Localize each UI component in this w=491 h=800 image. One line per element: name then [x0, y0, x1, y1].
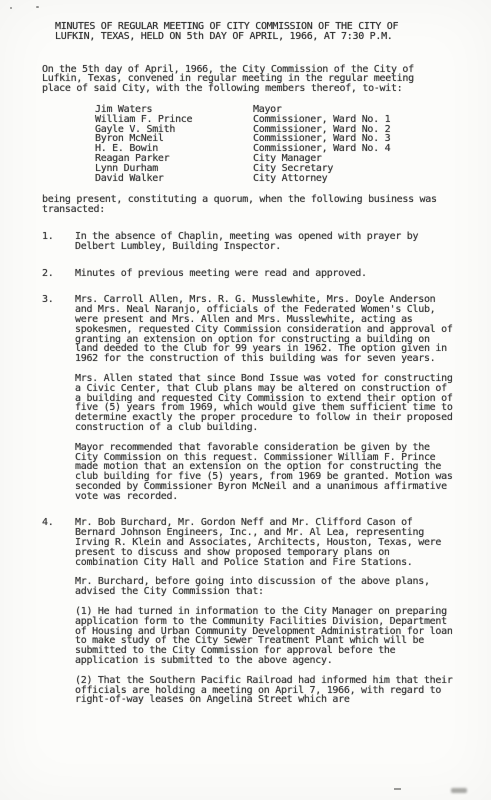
item-paragraph: Mr. Bob Burchard, Mr. Gordon Neff and Mr…: [75, 518, 453, 567]
quorum-paragraph: being present, constituting a quorum, wh…: [42, 195, 446, 215]
official-title: City Attorney: [253, 174, 327, 184]
item-number: 4.: [42, 518, 75, 705]
intro-paragraph: On the 5th day of April, 1966, the City …: [42, 65, 446, 94]
item-number: 1.: [42, 232, 75, 252]
agenda-item-4: 4. Mr. Bob Burchard, Mr. Gordon Neff and…: [42, 518, 457, 705]
agenda-item-1: 1. In the absence of Chaplin, meeting wa…: [42, 232, 457, 252]
scanned-document-page: MINUTES OF REGULAR MEETING OF CITY COMMI…: [0, 0, 491, 800]
item-paragraph: Mayor recommended that favorable conside…: [75, 443, 453, 502]
item-number: 2.: [42, 269, 75, 279]
official-name: David Walker: [95, 174, 253, 184]
scan-mark: [394, 788, 401, 790]
item-paragraph: (1) He had turned in information to the …: [75, 607, 453, 666]
agenda-item-3: 3. Mrs. Carroll Allen, Mrs. R. G. Mussle…: [42, 295, 457, 501]
item-paragraph: Mr. Burchard, before going into discussi…: [75, 577, 453, 597]
document-title: MINUTES OF REGULAR MEETING OF CITY COMMI…: [55, 22, 457, 42]
item-body: Minutes of previous meeting were read an…: [75, 269, 457, 279]
item-body: Mr. Bob Burchard, Mr. Gordon Neff and Mr…: [75, 518, 457, 705]
item-paragraph: In the absence of Chaplin, meeting was o…: [75, 232, 453, 252]
document-content: MINUTES OF REGULAR MEETING OF CITY COMMI…: [42, 22, 457, 705]
scan-speck: [36, 6, 39, 8]
title-line-2: LUFKIN, TEXAS, HELD ON 5th DAY OF APRIL,…: [55, 32, 457, 42]
officials-roster: Jim Waters Mayor William F. Prince Commi…: [95, 105, 457, 183]
roster-row: David Walker City Attorney: [95, 174, 457, 184]
item-body: Mrs. Carroll Allen, Mrs. R. G. Musslewhi…: [75, 295, 457, 501]
agenda-item-2: 2. Minutes of previous meeting were read…: [42, 269, 457, 279]
item-body: In the absence of Chaplin, meeting was o…: [75, 232, 457, 252]
item-number: 3.: [42, 295, 75, 501]
scan-smudge: [451, 788, 467, 793]
item-paragraph: (2) That the Southern Pacific Railroad h…: [75, 676, 453, 705]
item-paragraph: Mrs. Allen stated that since Bond Issue …: [75, 374, 453, 433]
item-paragraph: Mrs. Carroll Allen, Mrs. R. G. Musslewhi…: [75, 295, 453, 364]
item-paragraph: Minutes of previous meeting were read an…: [75, 269, 453, 279]
agenda-items: 1. In the absence of Chaplin, meeting wa…: [42, 232, 457, 705]
scan-speck: [10, 7, 12, 9]
